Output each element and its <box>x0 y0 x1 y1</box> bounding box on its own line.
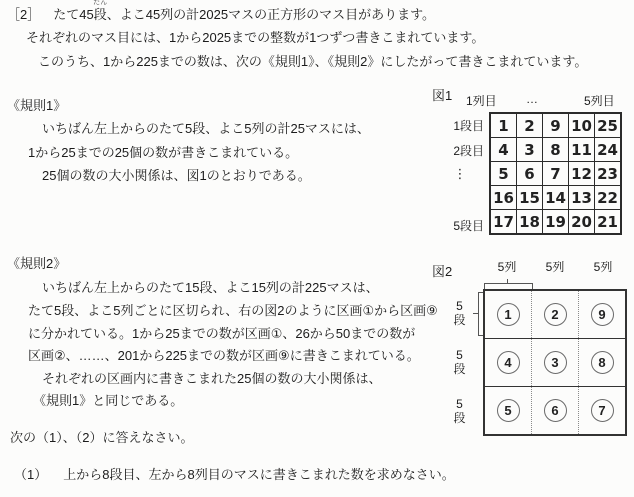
intro-line-3: このうち、1から225までの数は、次の《規則1》、《規則2》にしたがって書きこま… <box>38 54 587 70</box>
fig1-row-label-5: 5段目 <box>436 217 484 234</box>
grid-cell: 13 <box>569 186 595 210</box>
fig1-col-header-right: 5列目 <box>584 92 615 109</box>
intro-line1-pre: たて45 <box>53 7 93 22</box>
fig1-col-header-dots: … <box>526 92 538 106</box>
circled-number: 6 <box>544 399 567 422</box>
circled-number: 7 <box>591 399 614 422</box>
fig2-row-label-3: 5段 <box>451 397 468 425</box>
grid-cell: 3 <box>517 138 543 162</box>
section-number: 2 <box>551 307 558 322</box>
problem-number: ［2］ <box>7 7 40 23</box>
fig1-row-label-1: 1段目 <box>436 117 484 134</box>
grid-cell: 17 <box>490 210 517 235</box>
question-1-text: 上から8段目、左から8列目のマスに書きこまれた数を求めなさい。 <box>63 467 454 482</box>
intro-line-2: それぞれのマス目には、1から2025までの整数が1つずつ書きこまれています。 <box>26 30 484 46</box>
section-cell: 6 <box>532 387 579 436</box>
section-number: 9 <box>598 307 605 322</box>
fig1-label: 図1 <box>432 85 452 104</box>
ruby-base: 段 <box>94 7 107 22</box>
fig1-grid-row: 5 6 7 12 23 <box>490 162 621 186</box>
rule1-line-1: いちばん左上からのたて5段、よこ5列の計25マスには、 <box>42 121 370 137</box>
fig2-col-label-3: 5列 <box>579 258 627 275</box>
section-number: 6 <box>551 403 558 418</box>
rule2-heading: 《規則2》 <box>7 256 66 272</box>
fig2-row-label-2: 5段 <box>451 348 468 376</box>
circled-number: 2 <box>544 303 567 326</box>
section-number: 3 <box>551 355 558 370</box>
furigana: だん <box>93 0 107 7</box>
fig1-grid-row: 17 18 19 20 21 <box>490 210 621 235</box>
fig1-col-header-left: 1列目 <box>466 92 497 109</box>
question-1: （1）上から8段目、左から8列目のマスに書きこまれた数を求めなさい。 <box>14 467 455 483</box>
grid-cell: 15 <box>517 186 543 210</box>
fig2-grid-row: 4 3 8 <box>484 339 626 387</box>
rule2-line-2: たて5段、よこ5列ごとに区切られ、右の図2のように区画①から区画⑨ <box>28 303 438 319</box>
fig1-row-label-2: 2段目 <box>436 142 484 159</box>
rule2-line-6: 《規則1》と同じである。 <box>33 393 183 409</box>
grid-cell: 22 <box>595 186 622 210</box>
section-number: 5 <box>504 403 511 418</box>
circled-number: 9 <box>591 303 614 326</box>
rule2-line-4: 区画②、……、201から225までの数が区画⑨に書きこまれている。 <box>28 348 420 364</box>
section-number: 8 <box>598 355 605 370</box>
circled-number: 3 <box>544 351 567 374</box>
fig2-row-label-1: 5段 <box>451 299 468 327</box>
grid-cell: 25 <box>595 113 622 138</box>
grid-cell: 5 <box>490 162 517 186</box>
fig2-grid: 1 2 9 4 3 8 5 6 7 <box>483 289 627 436</box>
grid-cell: 16 <box>490 186 517 210</box>
circled-number: 4 <box>497 351 520 374</box>
fig2-left-bracket-tick <box>473 313 478 314</box>
exam-page: { "page": { "problem_number": "［2］", "in… <box>0 0 634 497</box>
grid-cell: 4 <box>490 138 517 162</box>
intro-line1-post: 、よこ45列の計2025マスの正方形のマス目があります。 <box>107 7 435 22</box>
rule2-line-1: いちばん左上からのたて15段、よこ15列の計225マスは、 <box>42 280 379 296</box>
rule1-line-2: 1から25までの25個の数が書きこまれている。 <box>28 145 298 161</box>
grid-cell: 1 <box>490 113 517 138</box>
grid-cell: 21 <box>595 210 622 235</box>
grid-cell: 24 <box>595 138 622 162</box>
ruby-dan: 段だん <box>94 7 107 23</box>
closing-line: 次の（1）、（2）に答えなさい。 <box>10 430 193 446</box>
circled-number: 8 <box>591 351 614 374</box>
circled-number: 5 <box>497 399 520 422</box>
section-number: 1 <box>504 307 511 322</box>
grid-cell: 11 <box>569 138 595 162</box>
fig2-label: 図2 <box>432 261 452 280</box>
grid-cell: 9 <box>543 113 569 138</box>
grid-cell: 12 <box>569 162 595 186</box>
intro-line-1: ［2］たて45段だん、よこ45列の計2025マスの正方形のマス目があります。 <box>7 7 435 23</box>
fig1-grid-row: 4 3 8 11 24 <box>490 138 621 162</box>
rule1-line-3: 25個の数の大小関係は、図1のとおりである。 <box>42 168 311 184</box>
rule2-line-3: に分かれている。1から25までの数が区画①、26から50までの数が <box>28 326 415 342</box>
section-cell: 3 <box>532 339 579 387</box>
grid-cell: 18 <box>517 210 543 235</box>
fig2-grid-row: 5 6 7 <box>484 387 626 436</box>
section-cell: 9 <box>579 290 627 339</box>
circled-number: 1 <box>497 303 520 326</box>
question-1-marker: （1） <box>14 467 47 483</box>
grid-cell: 7 <box>543 162 569 186</box>
grid-cell: 10 <box>569 113 595 138</box>
fig1-row-label-dots: ⋮ <box>436 166 484 182</box>
grid-cell: 8 <box>543 138 569 162</box>
section-cell: 4 <box>484 339 532 387</box>
fig2-col-label-1: 5列 <box>483 258 531 275</box>
grid-cell: 2 <box>517 113 543 138</box>
section-cell: 1 <box>484 290 532 339</box>
section-cell: 5 <box>484 387 532 436</box>
fig2-grid-row: 1 2 9 <box>484 290 626 339</box>
section-cell: 8 <box>579 339 627 387</box>
fig1-grid-row: 1 2 9 10 25 <box>490 113 621 138</box>
rule1-heading: 《規則1》 <box>7 98 66 114</box>
rule2-line-5: それぞれの区画内に書きこまれた25個の数の大小関係は、 <box>42 371 381 387</box>
section-cell: 7 <box>579 387 627 436</box>
section-cell: 2 <box>532 290 579 339</box>
grid-cell: 14 <box>543 186 569 210</box>
grid-cell: 6 <box>517 162 543 186</box>
grid-cell: 23 <box>595 162 622 186</box>
fig1-grid: 1 2 9 10 25 4 3 8 11 24 5 6 7 12 23 16 1… <box>489 112 622 235</box>
grid-cell: 20 <box>569 210 595 235</box>
fig2-col-label-2: 5列 <box>531 258 579 275</box>
fig2-top-bracket-tick <box>507 279 508 284</box>
section-number: 4 <box>504 355 511 370</box>
section-number: 7 <box>598 403 605 418</box>
grid-cell: 19 <box>543 210 569 235</box>
fig1-grid-row: 16 15 14 13 22 <box>490 186 621 210</box>
